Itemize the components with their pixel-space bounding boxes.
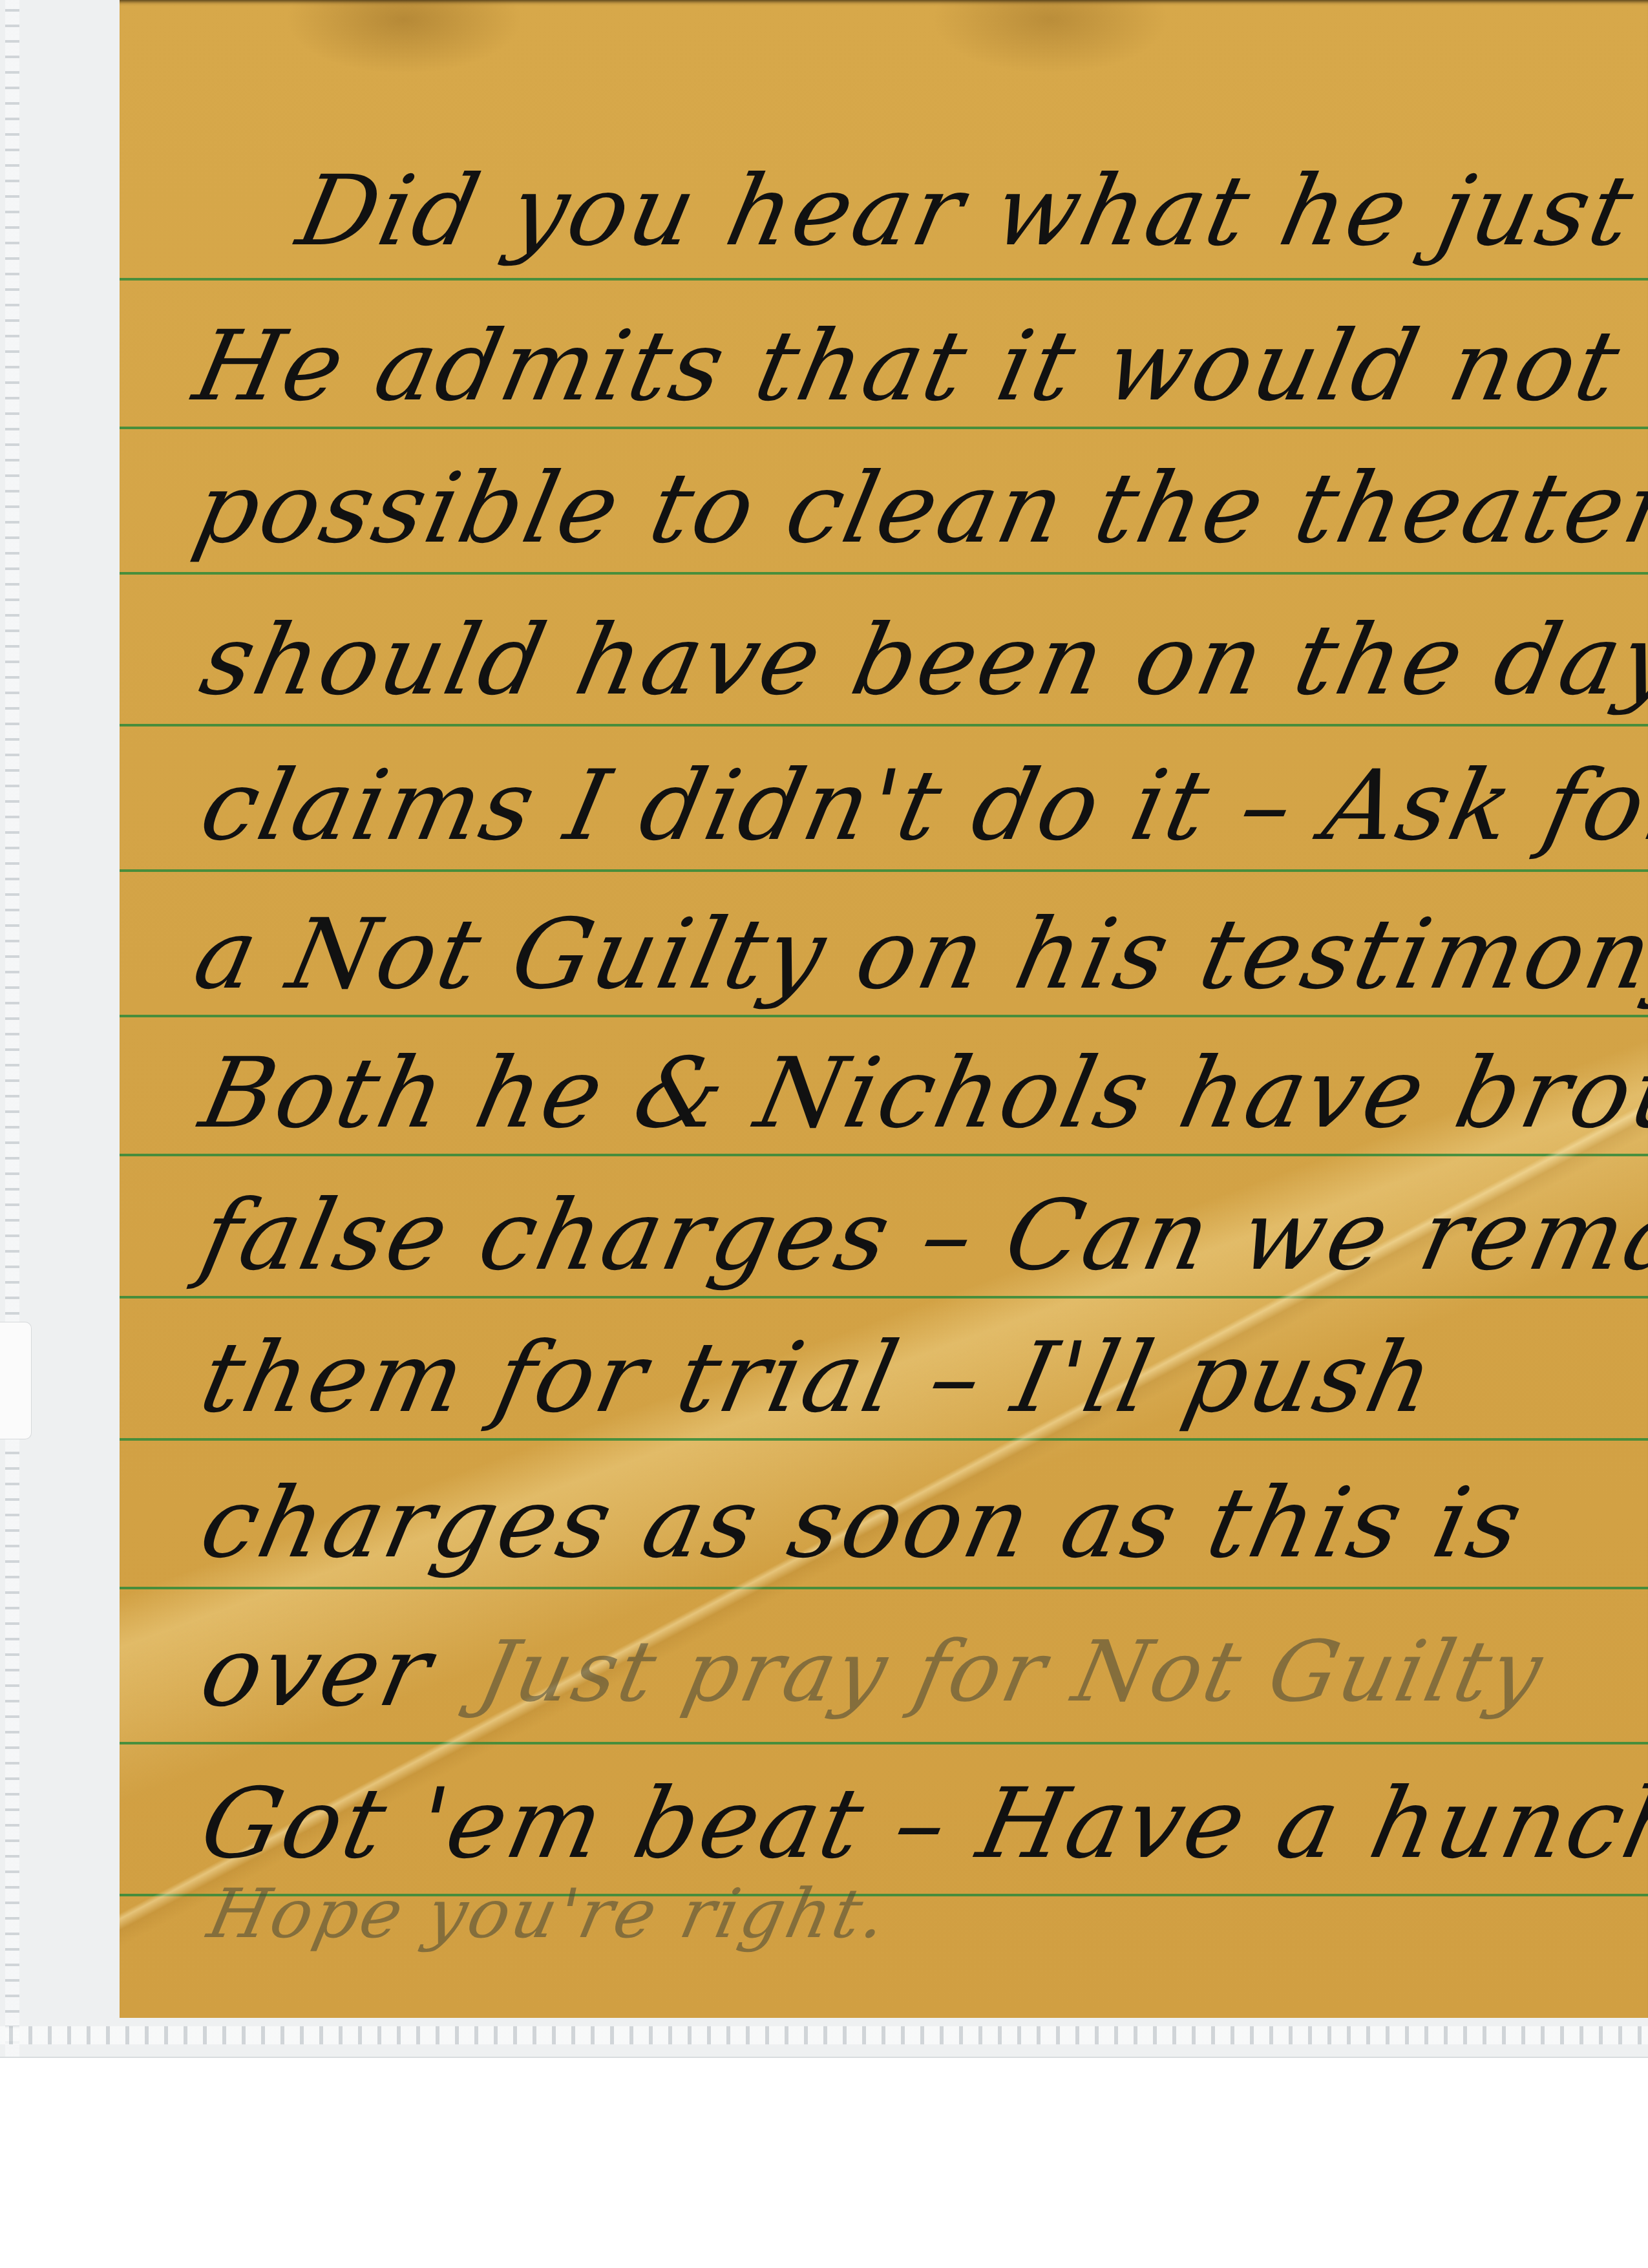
handwritten-line-8: false charges – Can we remand (192, 1180, 1648, 1292)
sleeve-tab (0, 1322, 32, 1439)
ruled-line (120, 724, 1648, 726)
ruled-line (120, 1438, 1648, 1441)
ruled-line (120, 1587, 1648, 1589)
ruled-line (120, 869, 1648, 872)
handwritten-line-4: should have been on the day he (192, 604, 1648, 717)
handwritten-line-2: He admits that it would not be (185, 310, 1648, 423)
ruled-line (120, 427, 1648, 429)
ruled-line (120, 1296, 1648, 1298)
handwritten-line-10: charges as soon as this is (192, 1467, 1534, 1580)
ruled-line (120, 572, 1648, 575)
handwritten-line-11: over (192, 1616, 443, 1728)
ruled-line (120, 278, 1648, 281)
pencil-note-line-1: Just pray for Not Guilty (471, 1622, 1553, 1721)
ruled-line (120, 1015, 1648, 1017)
handwritten-line-9: them for trial – I'll push (192, 1322, 1446, 1434)
ruled-paper: Did you hear what he just said! He admit… (120, 0, 1648, 2018)
pencil-note-line-2: Hope you're right. (202, 1874, 896, 1953)
handwritten-line-1: Did you hear what he just said! (289, 155, 1648, 268)
ruled-line (120, 1742, 1648, 1744)
sleeve-perforation-left (5, 0, 19, 2057)
ruled-line (120, 1154, 1648, 1156)
sleeve-perforation-bottom (0, 2026, 1648, 2044)
handwritten-line-7: Both he & Nichols have brought (192, 1037, 1648, 1150)
handwritten-line-5: claims I didn't do it – Ask for (192, 750, 1648, 862)
handwritten-line-3: possible to clean the theater as it (185, 452, 1648, 565)
handwritten-line-12: Got 'em beat – Have a hunch (192, 1768, 1648, 1880)
handwritten-line-6: a Not Guilty on his testimony (185, 898, 1648, 1011)
